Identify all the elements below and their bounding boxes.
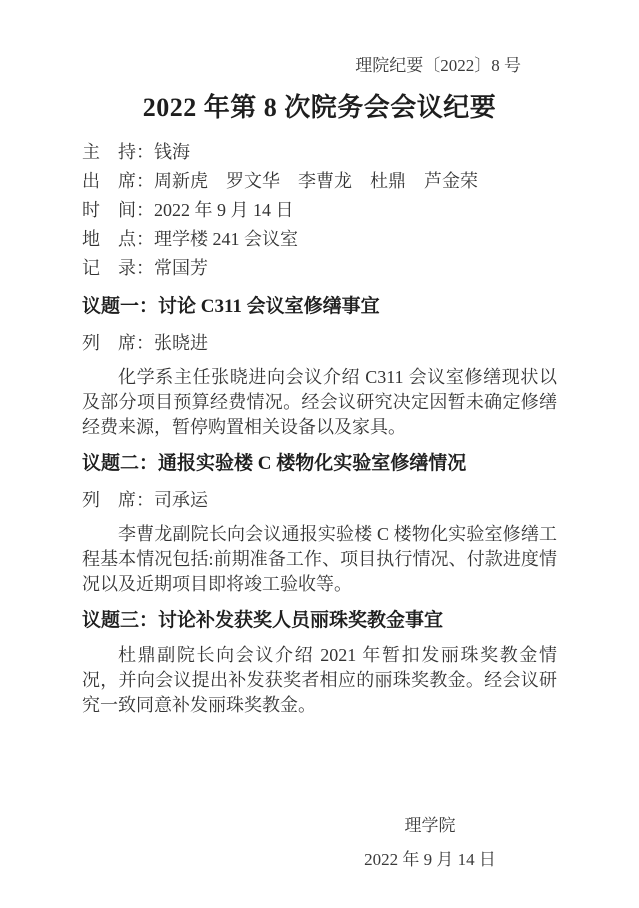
- topic-2-heading: 议题二：通报实验楼 C 楼物化实验室修缮情况: [82, 452, 557, 476]
- topic-1-paragraph: 化学系主任张晓进向会议介绍 C311 会议室修缮现状以及部分项目预算经费情况。经…: [82, 365, 557, 440]
- topic-3-paragraph: 杜鼎副院长向会议介绍 2021 年暂扣发丽珠奖教金情况，并向会议提出补发获奖者相…: [82, 643, 557, 718]
- topic-2-attendee-line: 列 席：司承运: [82, 488, 557, 512]
- topic-1-attendee-line: 列 席：张晓进: [82, 331, 557, 355]
- meta-value-time: 2022 年 9 月 14 日: [154, 200, 294, 220]
- meta-line-time: 时 间：2022 年 9 月 14 日: [82, 196, 557, 225]
- doc-number: 理院纪要〔2022〕8 号: [82, 56, 557, 76]
- meta-label-time: 时 间：: [82, 200, 154, 220]
- topic-3-heading: 议题三：讨论补发获奖人员丽珠奖教金事宜: [82, 609, 557, 633]
- topic-2-attendee-label: 列 席：: [82, 490, 154, 510]
- meta-line-recorder: 记 录：常国芳: [82, 254, 557, 283]
- document-title: 2022 年第 8 次院务会会议纪要: [82, 90, 557, 126]
- meta-line-attendees: 出 席：周新虎 罗文华 李曹龙 杜鼎 芦金荣: [82, 167, 557, 196]
- meta-line-location: 地 点：理学楼 241 会议室: [82, 225, 557, 254]
- meta-value-attendees: 周新虎 罗文华 李曹龙 杜鼎 芦金荣: [154, 171, 478, 191]
- section-topic-2: 议题二：通报实验楼 C 楼物化实验室修缮情况 列 席：司承运 李曹龙副院长向会议…: [82, 452, 557, 597]
- topic-1-attendee-name: 张晓进: [154, 333, 208, 353]
- meta-label-recorder: 记 录：: [82, 258, 154, 278]
- topic-1-heading: 议题一：讨论 C311 会议室修缮事宜: [82, 295, 557, 319]
- meta-value-location: 理学楼 241 会议室: [154, 229, 298, 249]
- section-topic-3: 议题三：讨论补发获奖人员丽珠奖教金事宜 杜鼎副院长向会议介绍 2021 年暂扣发…: [82, 609, 557, 718]
- topic-2-attendee-name: 司承运: [154, 490, 208, 510]
- meta-value-recorder: 常国芳: [154, 258, 208, 278]
- meta-line-host: 主 持：钱海: [82, 138, 557, 167]
- meta-label-attendees: 出 席：: [82, 171, 154, 191]
- section-topic-1: 议题一：讨论 C311 会议室修缮事宜 列 席：张晓进 化学系主任张晓进向会议介…: [82, 295, 557, 440]
- meta-label-location: 地 点：: [82, 229, 154, 249]
- topic-2-paragraph: 李曹龙副院长向会议通报实验楼 C 楼物化实验室修缮工程基本情况包括:前期准备工作…: [82, 522, 557, 597]
- meta-value-host: 钱海: [154, 142, 190, 162]
- meta-label-host: 主 持：: [82, 142, 154, 162]
- signoff-org: 理学院: [318, 814, 542, 838]
- document-page: 理院纪要〔2022〕8 号 2022 年第 8 次院务会会议纪要 主 持：钱海 …: [0, 0, 639, 908]
- topic-1-attendee-label: 列 席：: [82, 333, 154, 353]
- meta-block: 主 持：钱海 出 席：周新虎 罗文华 李曹龙 杜鼎 芦金荣 时 间：2022 年…: [82, 138, 557, 283]
- signoff-block: 理学院 2022 年 9 月 14 日: [318, 814, 542, 872]
- signoff-date: 2022 年 9 月 14 日: [318, 848, 542, 872]
